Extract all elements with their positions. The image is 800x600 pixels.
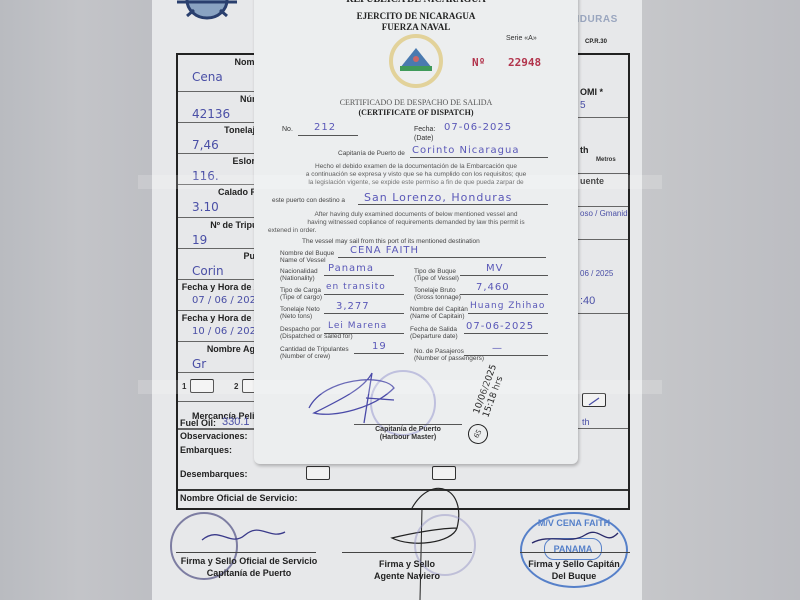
naval-emblem-icon (172, 0, 242, 22)
gross-tonnage-underline (460, 294, 548, 295)
desembarques-box-1[interactable] (306, 466, 330, 480)
captain-underline (468, 313, 548, 314)
certificate-country: REPUBLICA DE NICARAGUA (254, 0, 578, 5)
circle-mark: 65 (464, 420, 491, 447)
field-calado: Calado Pr3.10 (178, 185, 262, 218)
crew-label: Cantidad de Tripulantes(Number of crew) (280, 346, 349, 360)
observaciones-label: Observaciones: (180, 431, 248, 441)
field-right-5: 06 / 2025 (578, 267, 628, 287)
dispatched-by-underline (324, 333, 404, 334)
field-fecha-arribo: Fecha y Hora de A07 / 06 / 2025: (178, 280, 262, 311)
field-omi: OMI *5 (578, 85, 628, 118)
signature-line-captain (520, 552, 630, 553)
background-left (0, 0, 152, 600)
fuel-oil-value: 330.1 (222, 416, 250, 428)
signature-label-official: Firma y Sello Oficial de Servicio Capita… (174, 555, 324, 579)
fecha-label: Fecha: (414, 126, 435, 133)
destino-label: este puerto con destino a (272, 197, 345, 204)
crew-underline (354, 353, 404, 354)
fuel-oil-right: th (582, 417, 590, 427)
field-agente: Nombre AgeGr (178, 342, 262, 373)
dispatched-by-value: Lei Marena (328, 321, 387, 331)
field-tripulantes: Nº de Tripul19 (178, 218, 262, 249)
field-right-6: :40 (578, 293, 628, 314)
departure-date-value: 07-06-2025 (466, 321, 534, 332)
field-nombre: NombCena (178, 55, 262, 92)
embarques-label: Embarques: (180, 445, 232, 455)
signature-line-official (176, 552, 316, 553)
field-tonelaje: Tonelaje7,46 (178, 123, 262, 154)
destino-underline (358, 204, 548, 205)
fecha-sublabel: (Date) (414, 135, 433, 142)
harbour-master-signature (304, 368, 414, 428)
vessel-name-underline (338, 257, 546, 258)
signature-official (200, 520, 290, 550)
fuel-oil-label: Fuel Oil: (180, 418, 216, 428)
gross-tonnage-label: Tonelaje Bruto(Gross tonnage) (414, 287, 461, 301)
field-right-4: oso / Gmanid (578, 207, 628, 240)
vessel-name-value: CENA FAITH (350, 245, 419, 256)
field-fecha-salida: Fecha y Hora de A10 / 06 / 2025: (178, 311, 262, 342)
harbour-master-label: Capitanía de Puerto (Harbour Master) (354, 426, 462, 442)
vessel-type-label: Tipo de Buque(Tipe of Vessel) (414, 268, 459, 282)
signature-line-agent (342, 552, 472, 553)
no-underline (298, 135, 358, 136)
capitania-label: Capitanía de Puerto de (338, 150, 405, 157)
certificate-org1: EJERCITO DE NICARAGUA (254, 11, 578, 21)
capitania-underline (410, 157, 548, 158)
cargo-type-underline (324, 294, 404, 295)
captain-value: Huang Zhihao (470, 301, 545, 311)
may-sail-text: The vessel may sail from this port of it… (302, 238, 480, 245)
signature-label-agent: Firma y Sello Agente Naviero (357, 558, 457, 582)
net-tons-label: Tonelaje Neto(Neto tons) (280, 306, 320, 320)
certificate-org2: FUERZA NAVAL (254, 22, 578, 32)
signature-captain (530, 525, 620, 555)
background-right (642, 0, 800, 600)
serie-label: Serie «A» (506, 35, 537, 42)
harbour-master-line (354, 424, 462, 425)
checkbox-right[interactable] (582, 393, 606, 407)
capitania-value: Corinto Nicaragua (412, 145, 519, 156)
paragraph-en: After having duly examined documents of … (268, 211, 564, 235)
certificate-title-en: (CERTIFICATE OF DISPATCH) (254, 108, 578, 117)
certificate-title-es: CERTIFICADO DE DESPACHO DE SALIDA (254, 98, 578, 107)
dispatch-certificate: REPUBLICA DE NICARAGUA EJERCITO DE NICAR… (254, 0, 578, 464)
watermark-bar (138, 380, 662, 394)
signature-label-captain: Firma y Sello Capitán Del Buque (514, 558, 634, 582)
field-puerto: PueCorin (178, 249, 262, 280)
passengers-value: — (492, 343, 503, 354)
vessel-name-label: Nombre del BuqueName of Vessel (280, 250, 334, 264)
fecha-value: 07-06-2025 (444, 122, 512, 133)
field-length: thMetros (578, 143, 628, 174)
passengers-underline (464, 355, 548, 356)
crew-value: 19 (372, 341, 387, 352)
destino-value: San Lorenzo, Honduras (364, 191, 512, 204)
naval-force-emblem-icon (386, 34, 446, 88)
vessel-type-value: MV (486, 263, 503, 274)
net-tons-value: 3,277 (336, 301, 370, 312)
oficial-servicio-label: Nombre Oficial de Servicio: (180, 493, 298, 503)
serial-number: 22948 (508, 56, 541, 69)
net-tons-underline (324, 313, 404, 314)
field-numero: Núm42136 (178, 92, 262, 123)
nationality-value: Panama (328, 263, 374, 274)
serial-number-label: Nº (472, 56, 485, 69)
watermark-bar (138, 175, 662, 189)
captain-label: Nombre del Capitán(Name of Capitain) (410, 306, 468, 320)
form-code: CP.R.30 (585, 39, 607, 45)
nationality-label: Nacionalidad(Nationality) (280, 268, 318, 282)
departure-date-underline (464, 333, 548, 334)
vessel-type-underline (460, 275, 548, 276)
no-label: No. (282, 126, 293, 133)
departure-date-label: Fecha de Salida(Departure date) (410, 326, 458, 340)
nationality-underline (324, 275, 394, 276)
gross-tonnage-value: 7,460 (476, 282, 510, 293)
cargo-type-value: en transito (326, 282, 386, 292)
country-header: NDURAS (572, 14, 618, 25)
desembarques-label: Desembarques: (180, 469, 248, 479)
no-value: 212 (314, 122, 336, 133)
cargo-type-label: Tipo de Carga(Tipe of cargo) (280, 287, 322, 301)
